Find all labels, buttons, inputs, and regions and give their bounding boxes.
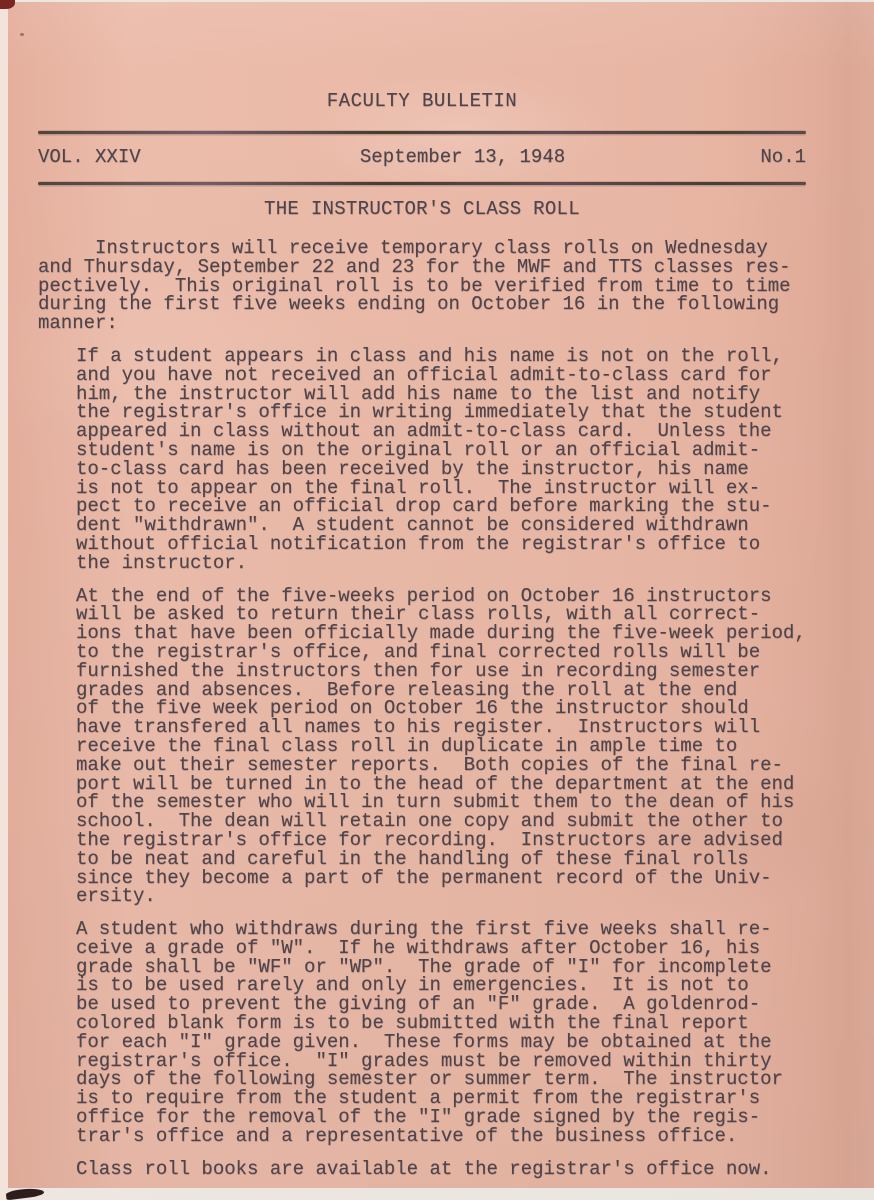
paragraph-closing: Class roll books are available at the re…	[76, 1160, 806, 1179]
article-body: Instructors will receive temporary class…	[38, 239, 806, 1178]
bulletin-paper: FACULTY BULLETIN VOL. XXIV September 13,…	[8, 2, 874, 1188]
bulletin-content: FACULTY BULLETIN VOL. XXIV September 13,…	[8, 92, 874, 1178]
masthead-title: FACULTY BULLETIN	[38, 92, 806, 111]
volume-label: VOL. XXIV	[38, 148, 141, 167]
paragraph-five-week-period: At the end of the five-weeks period on O…	[76, 587, 806, 907]
indented-paragraph-block: If a student appears in class and his na…	[76, 347, 806, 1178]
paragraph-withdrawal-grades: A student who withdraws during the first…	[76, 920, 806, 1146]
paper-speck	[20, 33, 24, 36]
article-title: THE INSTRUCTOR'S CLASS ROLL	[38, 200, 806, 219]
issue-number: No.1	[760, 148, 806, 167]
issue-line: VOL. XXIV September 13, 1948 No.1	[38, 148, 806, 167]
paper-speck	[548, 155, 550, 163]
divider-rule-bottom	[38, 182, 806, 185]
paragraph-intro: Instructors will receive temporary class…	[38, 239, 806, 333]
paper-speck	[773, 630, 776, 633]
scan-corner-mark-bottom-left	[6, 1187, 45, 1200]
issue-date: September 13, 1948	[141, 148, 761, 167]
divider-rule-top	[38, 131, 806, 134]
paragraph-roll-verification: If a student appears in class and his na…	[76, 347, 806, 573]
